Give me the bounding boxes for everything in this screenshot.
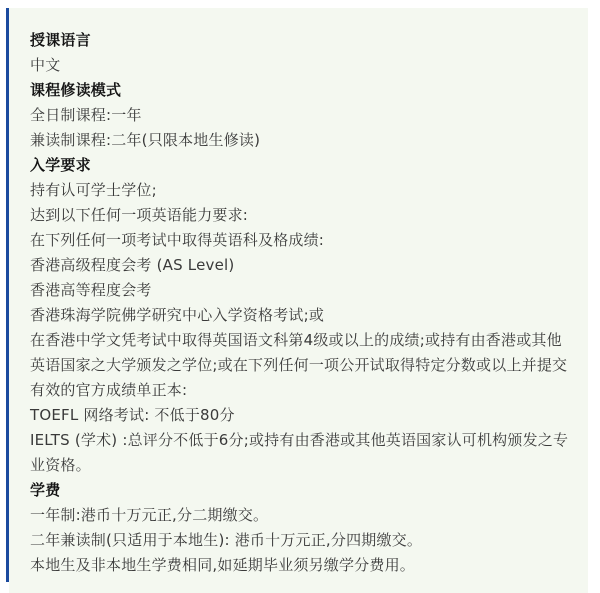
paragraph-line: TOEFL 网络考试: 不低于80分 [30,403,570,428]
page: 授课语言中文课程修读模式全日制课程:一年兼读制课程:二年(只限本地生修读)入学要… [0,0,600,593]
paragraph-line: 本地生及非本地生学费相同,如延期毕业须另缴学分费用。 [30,553,570,578]
course-info-content: 授课语言中文课程修读模式全日制课程:一年兼读制课程:二年(只限本地生修读)入学要… [9,8,588,578]
section-heading: 学费 [30,478,570,503]
section-heading: 课程修读模式 [30,78,570,103]
paragraph-line: IELTS (学术) :总评分不低于6分;或持有由香港或其他英语国家认可机构颁发… [30,428,570,478]
paragraph-line: 香港珠海学院佛学研究中心入学资格考试;或 [30,303,570,328]
paragraph-line: 全日制课程:一年 [30,103,570,128]
paragraph-line: 香港高等程度会考 [30,278,570,303]
paragraph-line: 二年兼读制(只适用于本地生): 港币十万元正,分四期缴交。 [30,528,570,553]
paragraph-line: 中文 [30,53,570,78]
section-heading: 入学要求 [30,153,570,178]
paragraph-line: 一年制:港币十万元正,分二期缴交。 [30,503,570,528]
paragraph-line: 在香港中学文凭考试中取得英国语文科第4级或以上的成绩;或持有由香港或其他英语国家… [30,328,570,403]
paragraph-line: 达到以下任何一项英语能力要求: [30,203,570,228]
paragraph-line: 香港高级程度会考 (AS Level) [30,253,570,278]
paragraph-line: 兼读制课程:二年(只限本地生修读) [30,128,570,153]
section-heading: 授课语言 [30,28,570,53]
paragraph-line: 在下列任何一项考试中取得英语科及格成绩: [30,228,570,253]
paragraph-line: 持有认可学士学位; [30,178,570,203]
course-info-panel: 授课语言中文课程修读模式全日制课程:一年兼读制课程:二年(只限本地生修读)入学要… [9,8,588,593]
